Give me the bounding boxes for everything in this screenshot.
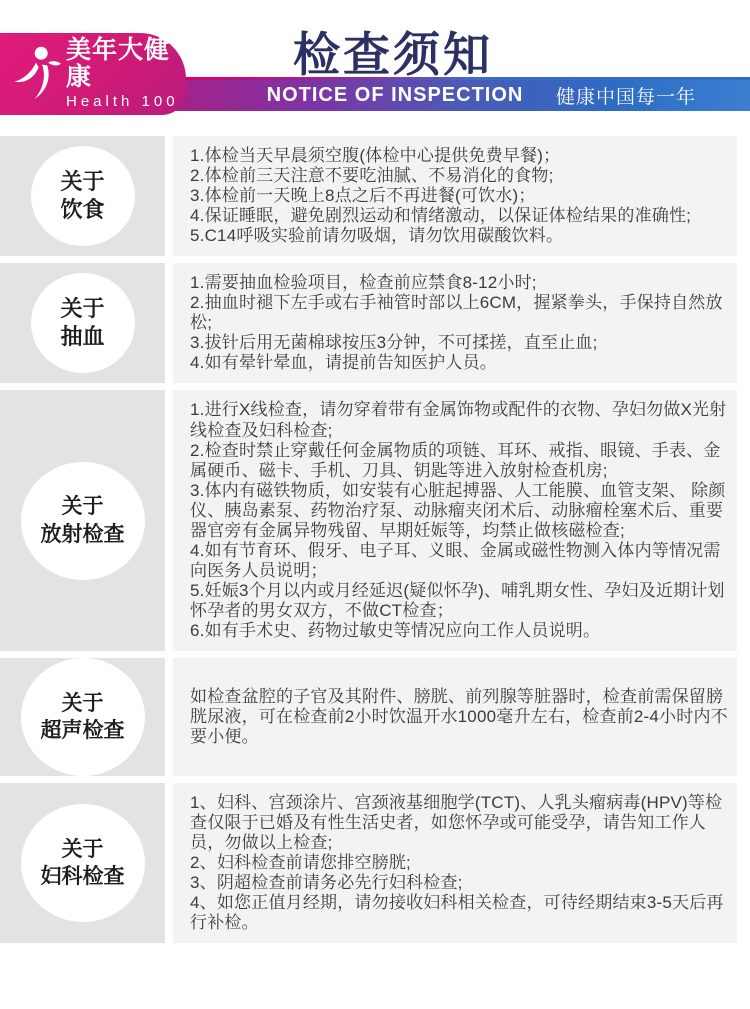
notice-line: 3.体检前一天晚上8点之后不再进餐(可饮水)； xyxy=(190,186,731,206)
section-label-line2: 超声检查 xyxy=(41,717,125,744)
notice-line: 2.检查时禁止穿戴任何金属物质的项链、耳环、戒指、眼镜、手表、金属硬币、磁卡、手… xyxy=(190,441,731,481)
notice-line: 4.保证睡眠，避免剧烈运动和情绪激动，以保证体检结果的准确性; xyxy=(190,206,731,226)
section-label-badge: 关于 妇科检查 xyxy=(21,804,145,922)
notice-sections: 关于 饮食 1.体检当天早晨须空腹(体检中心提供免费早餐)；2.体检前三天注意不… xyxy=(0,136,750,1009)
section-label-column: 关于 饮食 xyxy=(0,136,165,256)
brand-slogan: 健康中国每一年 xyxy=(556,80,696,111)
section-items: 1.需要抽血检验项目，检查前应禁食8-12小时;2.抽血时褪下左手或右手袖管时部… xyxy=(190,273,731,373)
section-content: 如检查盆腔的子官及其附件、膀胱、前列腺等脏器时，检查前需保留膀胱尿液，可在检查前… xyxy=(173,658,737,776)
section-label-line2: 饮食 xyxy=(60,196,104,225)
notice-line: 3.体内有磁铁物质，如安装有心脏起搏器、人工能膜、血管支架、 除颜仪、胰岛素泵、… xyxy=(190,481,731,541)
section-label-line1: 关于 xyxy=(62,690,104,717)
notice-section: 关于 放射检查 1.进行X线检查，请勿穿着带有金属饰物或配件的衣物、孕妇勿做X光… xyxy=(0,390,750,651)
column-divider xyxy=(165,136,173,256)
brand-name-cn: 美年大健康 xyxy=(66,37,186,92)
section-label-column: 关于 抽血 xyxy=(0,263,165,383)
notice-line: 2.体检前三天注意不要吃油腻、不易消化的食物; xyxy=(190,166,731,186)
notice-line: 4.如有节育环、假牙、电子耳、义眼、金属或磁性物测入体内等情况需向医务人员说明； xyxy=(190,541,731,581)
notice-line: 1.进行X线检查，请勿穿着带有金属饰物或配件的衣物、孕妇勿做X光射线检查及妇科检… xyxy=(190,400,731,440)
notice-section: 关于 抽血 1.需要抽血检验项目，检查前应禁食8-12小时;2.抽血时褪下左手或… xyxy=(0,263,750,383)
notice-line: 2、妇科检查前请您排空膀胱; xyxy=(190,853,731,873)
notice-line: 如检查盆腔的子官及其附件、膀胱、前列腺等脏器时，检查前需保留膀胱尿液，可在检查前… xyxy=(190,687,731,747)
page-header: 检查须知 美年大健康 Health 100 NOTICE OF INSPECTI… xyxy=(0,0,750,136)
notice-section: 关于 饮食 1.体检当天早晨须空腹(体检中心提供免费早餐)；2.体检前三天注意不… xyxy=(0,136,750,256)
notice-line: 5.妊娠3个月以内或月经延迟(疑似怀孕)、哺乳期女性、孕妇及近期计划怀孕者的男女… xyxy=(190,581,731,621)
column-divider xyxy=(165,263,173,383)
notice-line: 1.体检当天早晨须空腹(体检中心提供免费早餐)； xyxy=(190,146,731,166)
section-content: 1.需要抽血检验项目，检查前应禁食8-12小时;2.抽血时褪下左手或右手袖管时部… xyxy=(173,263,737,383)
section-label-badge: 关于 饮食 xyxy=(31,146,135,246)
section-label-badge: 关于 放射检查 xyxy=(21,462,145,580)
section-label-line2: 抽血 xyxy=(60,323,104,352)
brand-logo: 美年大健康 Health 100 xyxy=(0,33,186,115)
notice-line: 1、妇科、宫颈涂片、宫颈液基细胞学(TCT)、人乳头瘤病毒(HPV)等检查仅限于… xyxy=(190,793,731,853)
section-label-column: 关于 妇科检查 xyxy=(0,783,165,943)
section-content: 1.体检当天早晨须空腹(体检中心提供免费早餐)；2.体检前三天注意不要吃油腻、不… xyxy=(173,136,737,256)
notice-line: 1.需要抽血检验项目，检查前应禁食8-12小时; xyxy=(190,273,731,293)
section-label-line1: 关于 xyxy=(60,295,104,324)
section-content: 1.进行X线检查，请勿穿着带有金属饰物或配件的衣物、孕妇勿做X光射线检查及妇科检… xyxy=(173,390,737,651)
section-items: 1.体检当天早晨须空腹(体检中心提供免费早餐)；2.体检前三天注意不要吃油腻、不… xyxy=(190,146,731,246)
column-divider xyxy=(165,783,173,943)
notice-line: 5.C14呼吸实验前请勿吸烟，请勿饮用碳酸饮料。 xyxy=(190,226,731,246)
column-divider xyxy=(165,390,173,651)
section-items: 1.进行X线检查，请勿穿着带有金属饰物或配件的衣物、孕妇勿做X光射线检查及妇科检… xyxy=(190,400,731,641)
column-divider xyxy=(165,658,173,776)
section-label-line2: 放射检查 xyxy=(41,521,125,548)
notice-section: 关于 超声检查 如检查盆腔的子官及其附件、膀胱、前列腺等脏器时，检查前需保留膀胱… xyxy=(0,658,750,776)
notice-line: 4.如有晕针晕血，请提前告知医护人员。 xyxy=(190,353,731,373)
section-label-badge: 关于 超声检查 xyxy=(21,658,145,776)
section-items: 如检查盆腔的子官及其附件、膀胱、前列腺等脏器时，检查前需保留膀胱尿液，可在检查前… xyxy=(190,687,731,747)
brand-name-en: Health 100 xyxy=(66,92,186,112)
section-items: 1、妇科、宫颈涂片、宫颈液基细胞学(TCT)、人乳头瘤病毒(HPV)等检查仅限于… xyxy=(190,793,731,933)
person-figure-icon xyxy=(10,43,62,105)
section-label-line1: 关于 xyxy=(62,493,104,520)
section-label-column: 关于 超声检查 xyxy=(0,658,165,776)
notice-line: 4、如您正值月经期，请勿接收妇科相关检查，可待经期结束3-5天后再行补检。 xyxy=(190,893,731,933)
section-label-badge: 关于 抽血 xyxy=(31,273,135,373)
section-label-line1: 关于 xyxy=(60,168,104,197)
notice-line: 3、阴超检查前请务必先行妇科检查; xyxy=(190,873,731,893)
notice-line: 2.抽血时褪下左手或右手袖管时部以上6CM，握紧拳头，手保持自然放松; xyxy=(190,293,731,333)
notice-line: 6.如有手术史、药物过敏史等情况应向工作人员说明。 xyxy=(190,621,731,641)
section-label-line2: 妇科检查 xyxy=(41,863,125,890)
section-content: 1、妇科、宫颈涂片、宫颈液基细胞学(TCT)、人乳头瘤病毒(HPV)等检查仅限于… xyxy=(173,783,737,943)
notice-section: 关于 妇科检查 1、妇科、宫颈涂片、宫颈液基细胞学(TCT)、人乳头瘤病毒(HP… xyxy=(0,783,750,943)
section-label-line1: 关于 xyxy=(62,836,104,863)
section-label-column: 关于 放射检查 xyxy=(0,390,165,651)
notice-line: 3.拔针后用无菌棉球按压3分钟，不可揉搓，直至止血; xyxy=(190,333,731,353)
